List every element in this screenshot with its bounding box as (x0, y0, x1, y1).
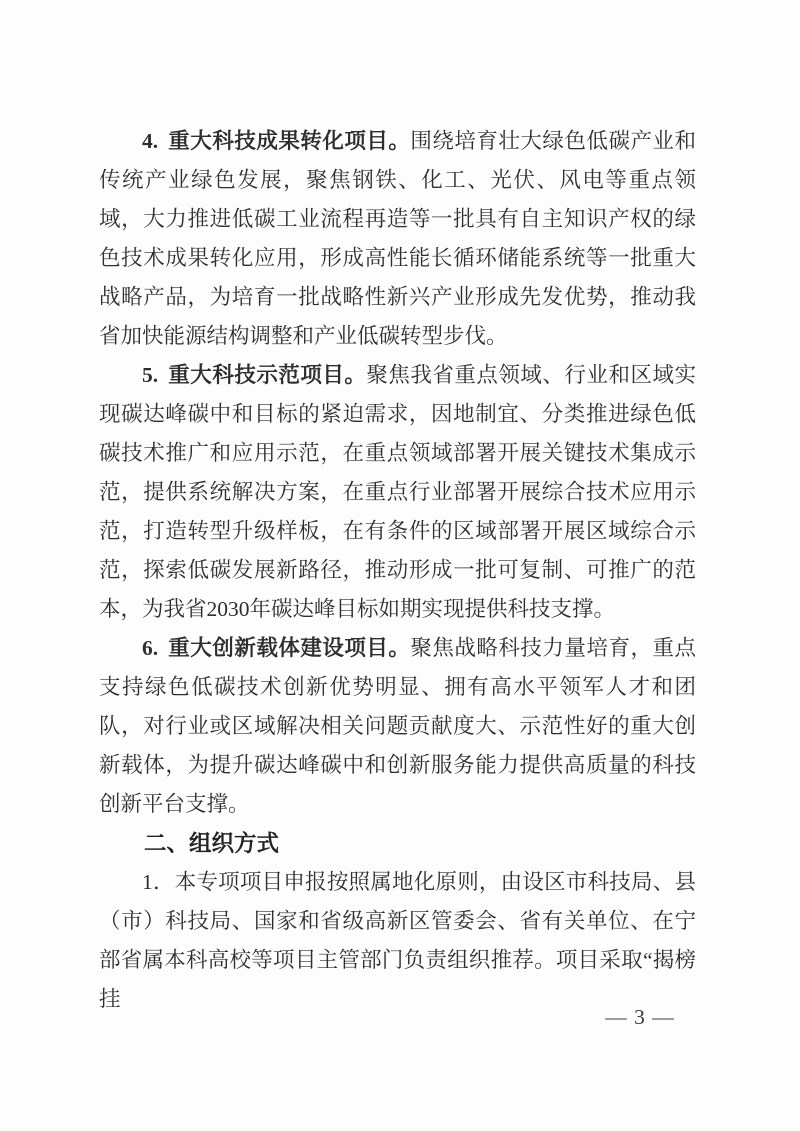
item-number: 6. (142, 636, 158, 660)
item-title: 重大科技成果转化项目。 (168, 129, 411, 153)
document-body: 4.重大科技成果转化项目。围绕培育壮大绿色低碳产业和传统产业绿色发展，聚焦钢铁、… (99, 122, 696, 1019)
item-body: 本专项项目申报按照属地化原则，由设区市科技局、县（市）科技局、国家和省级高新区管… (99, 870, 696, 1011)
paragraph-item-4: 4.重大科技成果转化项目。围绕培育壮大绿色低碳产业和传统产业绿色发展，聚焦钢铁、… (99, 122, 696, 356)
paragraph-item-5: 5.重大科技示范项目。聚焦我省重点领域、行业和区域实现碳达峰碳中和目标的紧迫需求… (99, 356, 696, 629)
item-title: 重大科技示范项目。 (168, 363, 367, 387)
scanned-document-page: 4.重大科技成果转化项目。围绕培育壮大绿色低碳产业和传统产业绿色发展，聚焦钢铁、… (0, 0, 800, 1131)
page-number: — 3 — (560, 1001, 720, 1033)
item-body: 围绕培育壮大绿色低碳产业和传统产业绿色发展，聚焦钢铁、化工、光伏、风电等重点领域… (99, 129, 696, 348)
item-body: 聚焦我省重点领域、行业和区域实现碳达峰碳中和目标的紧迫需求，因地制宜、分类推进绿… (99, 363, 696, 621)
item-body: 聚焦战略科技力量培育，重点支持绿色低碳技术创新优势明显、拥有高水平领军人才和团队… (99, 636, 696, 816)
paragraph-item-1: 1．本专项项目申报按照属地化原则，由设区市科技局、县（市）科技局、国家和省级高新… (99, 863, 696, 1019)
item-number: 4. (142, 129, 158, 153)
section-heading: 二、组织方式 (99, 824, 696, 863)
item-number: 5. (142, 363, 158, 387)
paragraph-item-6: 6.重大创新载体建设项目。聚焦战略科技力量培育，重点支持绿色低碳技术创新优势明显… (99, 629, 696, 824)
item-title: 重大创新载体建设项目。 (168, 636, 411, 660)
item-number: 1． (142, 870, 175, 894)
